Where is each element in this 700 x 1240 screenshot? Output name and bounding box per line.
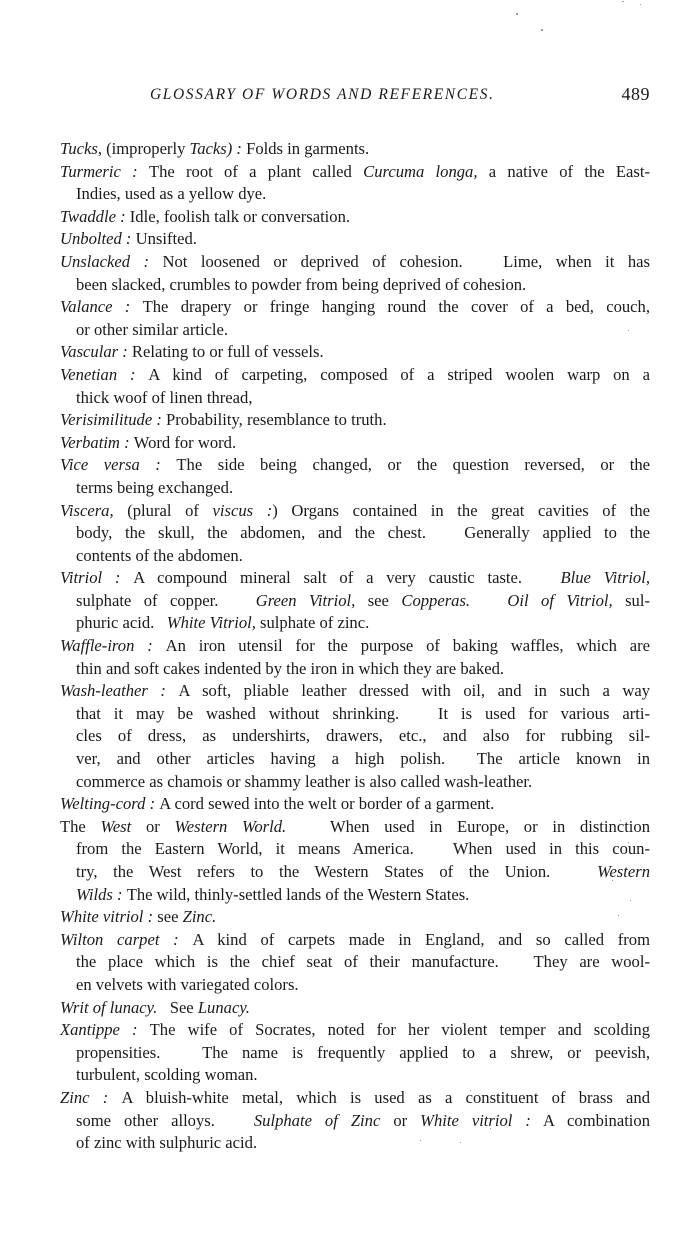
entry-text: try, the West refers to the Western Stat… — [76, 862, 597, 881]
entry-first-line: Unslacked : Not loosened or deprived of … — [60, 251, 650, 274]
italic-reference: White vitriol : — [420, 1111, 531, 1130]
entry-text: phuric acid. — [76, 613, 167, 632]
glossary-entry: Vascular : Relating to or full of vessel… — [60, 341, 650, 364]
entry-text: Word for word. — [134, 433, 236, 452]
glossary-entry: Vitriol : A compound mineral salt of a v… — [60, 567, 650, 635]
entry-first-line: Venetian : A kind of carpeting, composed… — [60, 364, 650, 387]
glossary-entry: Turmeric : The root of a plant called Cu… — [60, 161, 650, 206]
entry-text: cles of dress, as undershirts, drawers, … — [76, 726, 650, 745]
glossary-entry: Waffle-iron : An iron utensil for the pu… — [60, 635, 650, 680]
italic-reference: Green Vitriol, — [256, 591, 356, 610]
entry-continuation-line: Indies, used as a yellow dye. — [60, 183, 650, 206]
entry-term: Wilton carpet : — [60, 930, 192, 949]
entry-text: A kind of carpeting, composed of a strip… — [148, 365, 650, 384]
entry-first-line: Welting-cord : A cord sewed into the wel… — [60, 793, 650, 816]
entry-text: the place which is the chief seat of the… — [76, 952, 650, 971]
entry-text: An iron utensil for the purpose of bakin… — [166, 636, 650, 655]
entry-first-line: Viscera, (plural of viscus :) Organs con… — [60, 500, 650, 523]
entry-text: The side being changed, or the question … — [176, 455, 650, 474]
entry-continuation-line: propensities. The name is frequently app… — [60, 1042, 650, 1065]
entry-text: A kind of carpets made in England, and s… — [192, 930, 650, 949]
entry-term: Vitriol : — [60, 568, 133, 587]
glossary-entry: White vitriol : see Zinc. — [60, 906, 650, 929]
entry-first-line: Twaddle : Idle, foolish talk or conversa… — [60, 206, 650, 229]
italic-reference: Western World. — [174, 817, 286, 836]
italic-reference: Wilds : — [76, 885, 127, 904]
entry-text: Unsifted. — [136, 229, 197, 248]
entry-text: terms being exchanged. — [76, 478, 233, 497]
italic-reference: Lunacy. — [198, 998, 250, 1017]
entry-continuation-line: some other alloys. Sulphate of Zinc or W… — [60, 1110, 650, 1133]
entry-term: White vitriol : — [60, 907, 157, 926]
glossary-entry: Writ of lunacy. See Lunacy. — [60, 997, 650, 1020]
entry-continuation-line: cles of dress, as undershirts, drawers, … — [60, 725, 650, 748]
italic-reference: ) : — [227, 139, 246, 158]
page-number: 489 — [622, 84, 651, 105]
entry-continuation-line: phuric acid. White Vitriol, sulphate of … — [60, 612, 650, 635]
entry-continuation-line: Wilds : The wild, thinly-settled lands o… — [60, 884, 650, 907]
entry-term: Vascular : — [60, 342, 132, 361]
entry-continuation-line: thin and soft cakes indented by the iron… — [60, 658, 650, 681]
italic-reference: Copperas. — [401, 591, 470, 610]
entry-term: Verbatim : — [60, 433, 134, 452]
entry-text: Folds in garments. — [246, 139, 369, 158]
running-title: GLOSSARY OF WORDS AND REFERENCES. — [150, 86, 495, 104]
entry-text: see — [157, 907, 182, 926]
entry-text: been slacked, crumbles to powder from be… — [76, 275, 526, 294]
entry-text — [470, 591, 507, 610]
entry-first-line: Verisimilitude : Probability, resemblanc… — [60, 409, 650, 432]
entry-continuation-line: that it may be washed without shrinking.… — [60, 703, 650, 726]
glossary-list: Tucks, (improperly Tacks) : Folds in gar… — [60, 138, 650, 1155]
glossary-entry: Valance : The drapery or fringe hanging … — [60, 296, 650, 341]
glossary-entry: Unbolted : Unsifted. — [60, 228, 650, 251]
entry-text: See — [157, 998, 198, 1017]
entry-term: Unslacked : — [60, 252, 163, 271]
italic-reference: Oil of Vitriol, — [507, 591, 612, 610]
entry-text: sulphate of zinc. — [256, 613, 369, 632]
entry-first-line: Verbatim : Word for word. — [60, 432, 650, 455]
entry-term: Turmeric : — [60, 162, 149, 181]
entry-first-line: The West or Western World. When used in … — [60, 816, 650, 839]
glossary-entry: Welting-cord : A cord sewed into the wel… — [60, 793, 650, 816]
entry-text: The wife of Socrates, noted for her viol… — [150, 1020, 650, 1039]
entry-text: Probability, resemblance to truth. — [166, 410, 387, 429]
entry-term: Valance : — [60, 297, 143, 316]
entry-first-line: Wilton carpet : A kind of carpets made i… — [60, 929, 650, 952]
entry-text: turbulent, scolding woman. — [76, 1065, 258, 1084]
entry-text: of zinc with sulphuric acid. — [76, 1133, 257, 1152]
entry-first-line: Vascular : Relating to or full of vessel… — [60, 341, 650, 364]
entry-text: ver, and other articles having a high po… — [76, 749, 650, 768]
entry-text: A soft, pliable leather dressed with oil… — [178, 681, 650, 700]
entry-text: A compound mineral salt of a very causti… — [133, 568, 560, 587]
entry-text: a native of the East- — [478, 162, 651, 181]
entry-text: Idle, foolish talk or conversation. — [130, 207, 350, 226]
entry-text: from the Eastern World, it means America… — [76, 839, 650, 858]
glossary-entry: Xantippe : The wife of Socrates, noted f… — [60, 1019, 650, 1087]
italic-reference: Curcuma longa, — [363, 162, 477, 181]
glossary-entry: Viscera, (plural of viscus :) Organs con… — [60, 500, 650, 568]
entry-continuation-line: en velvets with variegated colors. — [60, 974, 650, 997]
entry-text: or — [380, 1111, 420, 1130]
entry-continuation-line: thick woof of linen thread, — [60, 387, 650, 410]
entry-term: Vice versa : — [60, 455, 176, 474]
entry-continuation-line: turbulent, scolding woman. — [60, 1064, 650, 1087]
entry-first-line: Tucks, (improperly Tacks) : Folds in gar… — [60, 138, 650, 161]
entry-text: see — [355, 591, 401, 610]
entry-term: Zinc : — [60, 1088, 122, 1107]
glossary-entry: Unslacked : Not loosened or deprived of … — [60, 251, 650, 296]
entry-continuation-line: been slacked, crumbles to powder from be… — [60, 274, 650, 297]
italic-reference: Blue Vitriol, — [561, 568, 650, 587]
entry-text: thin and soft cakes indented by the iron… — [76, 659, 504, 678]
glossary-entry: Vice versa : The side being changed, or … — [60, 454, 650, 499]
entry-first-line: Valance : The drapery or fringe hanging … — [60, 296, 650, 319]
italic-reference: Sulphate of Zinc — [254, 1111, 380, 1130]
entry-term: Twaddle : — [60, 207, 130, 226]
entry-continuation-line: or other similar article. — [60, 319, 650, 342]
entry-term: Venetian : — [60, 365, 148, 384]
entry-text: Indies, used as a yellow dye. — [76, 184, 266, 203]
entry-continuation-line: terms being exchanged. — [60, 477, 650, 500]
entry-term: Tucks — [60, 139, 98, 158]
italic-reference: West — [101, 817, 132, 836]
italic-reference: Zinc. — [183, 907, 217, 926]
entry-text: or — [131, 817, 174, 836]
entry-text: A bluish-white metal, which is used as a… — [122, 1088, 651, 1107]
glossary-entry: Wash-leather : A soft, pliable leather d… — [60, 680, 650, 793]
entry-text: or other similar article. — [76, 320, 228, 339]
glossary-entry: The West or Western World. When used in … — [60, 816, 650, 906]
glossary-entry: Zinc : A bluish-white metal, which is us… — [60, 1087, 650, 1155]
entry-term: Xantippe : — [60, 1020, 150, 1039]
entry-term: Unbolted : — [60, 229, 136, 248]
entry-text: thick woof of linen thread, — [76, 388, 253, 407]
entry-text: contents of the abdomen. — [76, 546, 243, 565]
entry-first-line: Vitriol : A compound mineral salt of a v… — [60, 567, 650, 590]
entry-text: , (improperly — [98, 139, 190, 158]
entry-continuation-line: try, the West refers to the Western Stat… — [60, 861, 650, 884]
entry-continuation-line: sulphate of copper. Green Vitriol, see C… — [60, 590, 650, 613]
entry-text: body, the skull, the abdomen, and the ch… — [76, 523, 650, 542]
glossary-entry: Verisimilitude : Probability, resemblanc… — [60, 409, 650, 432]
entry-text: Not loosened or deprived of cohesion. Li… — [163, 252, 650, 271]
entry-first-line: Unbolted : Unsifted. — [60, 228, 650, 251]
entry-term: Welting-cord : — [60, 794, 159, 813]
glossary-entry: Verbatim : Word for word. — [60, 432, 650, 455]
entry-text: A cord sewed into the welt or border of … — [159, 794, 494, 813]
italic-reference: Western — [597, 862, 650, 881]
entry-text: propensities. The name is frequently app… — [76, 1043, 650, 1062]
entry-text: A combination — [531, 1111, 650, 1130]
glossary-entry: Twaddle : Idle, foolish talk or conversa… — [60, 206, 650, 229]
entry-first-line: White vitriol : see Zinc. — [60, 906, 650, 929]
glossary-entry: Wilton carpet : A kind of carpets made i… — [60, 929, 650, 997]
entry-first-line: Waffle-iron : An iron utensil for the pu… — [60, 635, 650, 658]
entry-first-line: Turmeric : The root of a plant called Cu… — [60, 161, 650, 184]
entry-text: When used in Europe, or in distinction — [286, 817, 650, 836]
entry-continuation-line: commerce as chamois or shammy leather is… — [60, 771, 650, 794]
entry-continuation-line: of zinc with sulphuric acid. — [60, 1132, 650, 1155]
glossary-entry: Venetian : A kind of carpeting, composed… — [60, 364, 650, 409]
entry-continuation-line: ver, and other articles having a high po… — [60, 748, 650, 771]
entry-text: (plural of — [114, 501, 213, 520]
entry-first-line: Zinc : A bluish-white metal, which is us… — [60, 1087, 650, 1110]
italic-reference: Tacks — [190, 139, 227, 158]
entry-continuation-line: body, the skull, the abdomen, and the ch… — [60, 522, 650, 545]
entry-continuation-line: contents of the abdomen. — [60, 545, 650, 568]
entry-text: ) Organs contained in the great cavities… — [272, 501, 650, 520]
entry-text: The — [60, 817, 101, 836]
entry-text: Relating to or full of vessels. — [132, 342, 324, 361]
entry-text: The drapery or fringe hanging round the … — [143, 297, 650, 316]
italic-reference: viscus : — [213, 501, 273, 520]
entry-first-line: Writ of lunacy. See Lunacy. — [60, 997, 650, 1020]
entry-text: sulphate of copper. — [76, 591, 256, 610]
entry-text: commerce as chamois or shammy leather is… — [76, 772, 532, 791]
entry-text: some other alloys. — [76, 1111, 254, 1130]
entry-continuation-line: the place which is the chief seat of the… — [60, 951, 650, 974]
entry-term: Viscera, — [60, 501, 114, 520]
entry-continuation-line: from the Eastern World, it means America… — [60, 838, 650, 861]
entry-text: The wild, thinly-settled lands of the We… — [127, 885, 470, 904]
entry-term: Writ of lunacy. — [60, 998, 157, 1017]
entry-first-line: Vice versa : The side being changed, or … — [60, 454, 650, 477]
entry-term: Verisimilitude : — [60, 410, 166, 429]
entry-text: sul- — [613, 591, 650, 610]
entry-term: Waffle-iron : — [60, 636, 166, 655]
entry-text: that it may be washed without shrinking.… — [76, 704, 650, 723]
entry-text: The root of a plant called — [149, 162, 363, 181]
italic-reference: White Vitriol, — [167, 613, 256, 632]
glossary-entry: Tucks, (improperly Tacks) : Folds in gar… — [60, 138, 650, 161]
entry-term: Wash-leather : — [60, 681, 178, 700]
page-header: GLOSSARY OF WORDS AND REFERENCES. 489 — [150, 86, 650, 110]
entry-first-line: Wash-leather : A soft, pliable leather d… — [60, 680, 650, 703]
entry-first-line: Xantippe : The wife of Socrates, noted f… — [60, 1019, 650, 1042]
entry-text: en velvets with variegated colors. — [76, 975, 299, 994]
